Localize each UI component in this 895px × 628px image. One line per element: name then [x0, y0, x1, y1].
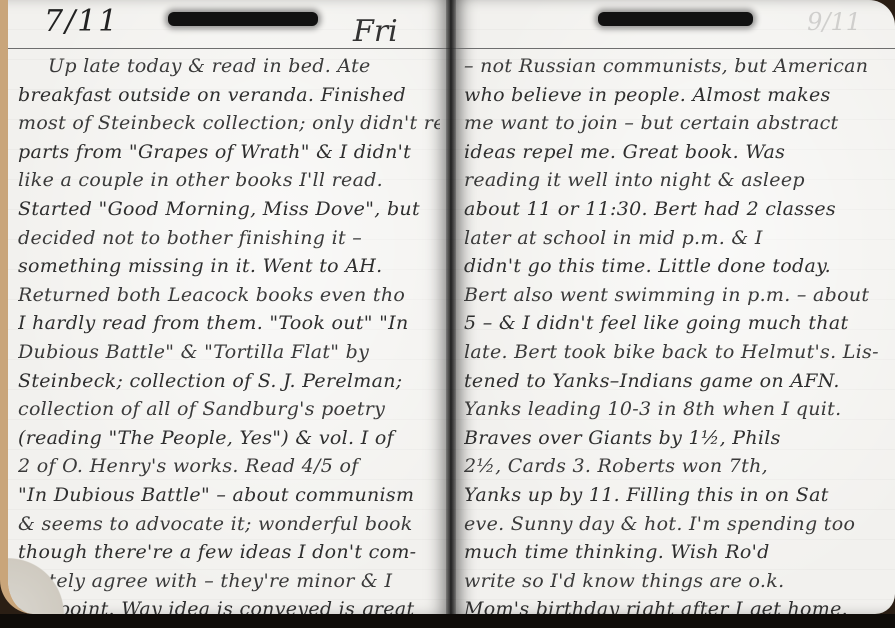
handwritten-line: I hardly read from them. "Took out" "In — [18, 309, 440, 338]
handwritten-line: Mom's birthday right after I get home. — [464, 595, 887, 614]
handwritten-line: ideas repel me. Great book. Was — [464, 138, 887, 167]
table-edge — [0, 614, 895, 628]
header-rule — [450, 48, 895, 49]
handwritten-line: see point. Way idea is conveyed is great — [18, 595, 440, 614]
handwritten-line: 2 of O. Henry's works. Read 4/5 of — [18, 452, 440, 481]
handwritten-line: (reading "The People, Yes") & vol. I of — [18, 424, 440, 453]
handwritten-line: tened to Yanks–Indians game on AFN. — [464, 367, 887, 396]
handwritten-line: 2½, Cards 3. Roberts won 7th, — [464, 452, 887, 481]
handwritten-line: late. Bert took bike back to Helmut's. L… — [464, 338, 887, 367]
handwritten-line: Steinbeck; collection of S. J. Perelman; — [18, 367, 440, 396]
handwritten-line: about 11 or 11:30. Bert had 2 classes — [464, 195, 887, 224]
handwritten-line: Returned both Leacock books even tho — [18, 281, 440, 310]
entry-weekday: Fri — [353, 14, 398, 49]
right-page-text: – not Russian communists, but American w… — [464, 52, 887, 614]
handwritten-line: didn't go this time. Little done today. — [464, 252, 887, 281]
handwritten-line: Bert also went swimming in p.m. – about — [464, 281, 887, 310]
header-rule — [8, 48, 450, 49]
handwritten-line: – not Russian communists, but American — [464, 52, 887, 81]
handwritten-line: something missing in it. Went to AH. — [18, 252, 440, 281]
handwritten-line: pletely agree with – they're minor & I — [18, 567, 440, 596]
book-gutter — [446, 0, 456, 614]
handwritten-line: Started "Good Morning, Miss Dove", but — [18, 195, 440, 224]
handwritten-line: Up late today & read in bed. Ate — [18, 52, 440, 81]
left-page-text: Up late today & read in bed. Ate breakfa… — [18, 52, 440, 614]
handwritten-line: eve. Sunny day & hot. I'm spending too — [464, 510, 887, 539]
handwritten-line: Yanks leading 10-3 in 8th when I quit. — [464, 395, 887, 424]
right-page: 9/11 – not Russian communists, but Ameri… — [450, 0, 895, 614]
entry-date: 7/11 — [44, 4, 119, 39]
handwritten-line: decided not to bother finishing it – — [18, 224, 440, 253]
handwritten-line: 5 – & I didn't feel like going much that — [464, 309, 887, 338]
handwritten-line: breakfast outside on veranda. Finished — [18, 81, 440, 110]
handwritten-line: "In Dubious Battle" – about communism — [18, 481, 440, 510]
handwritten-line: though there're a few ideas I don't com- — [18, 538, 440, 567]
handwritten-line: like a couple in other books I'll read. — [18, 166, 440, 195]
handwritten-line: who believe in people. Almost makes — [464, 81, 887, 110]
diary-spread: 7/11 Fri Up late today & read in bed. At… — [0, 0, 895, 628]
handwritten-line: me want to join – but certain abstract — [464, 109, 887, 138]
handwritten-line: Yanks up by 11. Filling this in on Sat — [464, 481, 887, 510]
handwritten-line: much time thinking. Wish Ro'd — [464, 538, 887, 567]
bleed-through-date: 9/11 — [807, 8, 861, 36]
handwritten-line: reading it well into night & asleep — [464, 166, 887, 195]
handwritten-line: Dubious Battle" & "Tortilla Flat" by — [18, 338, 440, 367]
handwritten-line: most of Steinbeck collection; only didn'… — [18, 109, 440, 138]
left-page: 7/11 Fri Up late today & read in bed. At… — [0, 0, 450, 614]
handwritten-line: & seems to advocate it; wonderful book — [18, 510, 440, 539]
handwritten-line: later at school in mid p.m. & I — [464, 224, 887, 253]
handwritten-line: write so I'd know things are o.k. — [464, 567, 887, 596]
handwritten-line: Braves over Giants by 1½, Phils — [464, 424, 887, 453]
redaction-bar — [168, 12, 318, 26]
handwritten-line: parts from "Grapes of Wrath" & I didn't — [18, 138, 440, 167]
redaction-bar — [598, 12, 753, 26]
handwritten-line: collection of all of Sandburg's poetry — [18, 395, 440, 424]
